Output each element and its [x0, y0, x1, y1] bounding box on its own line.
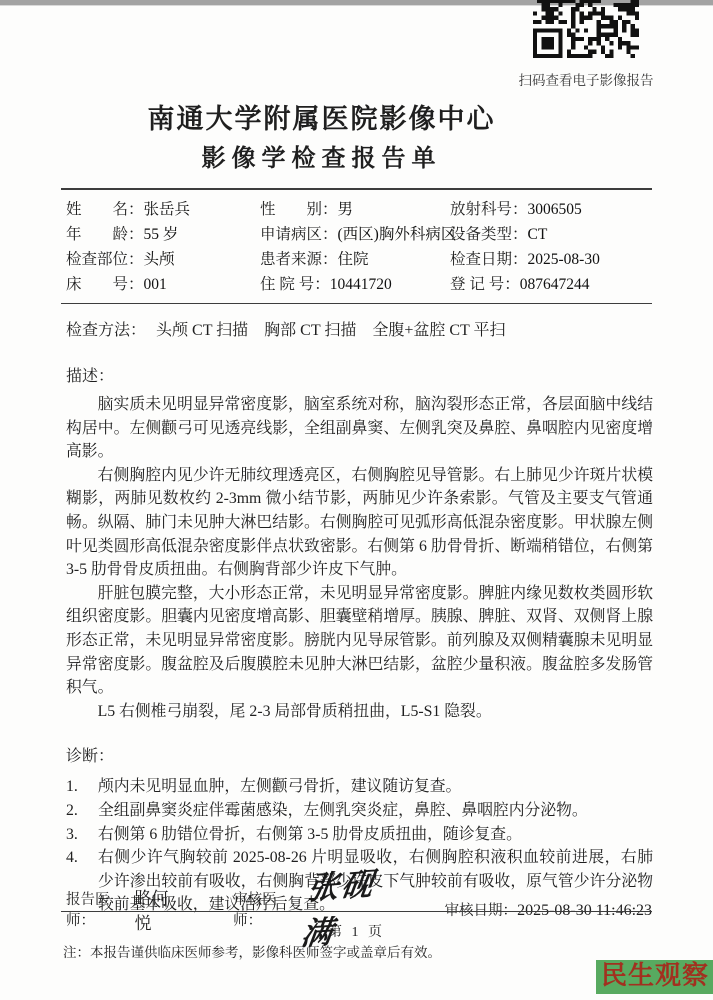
bed-no-field: 床 号：001 — [66, 272, 260, 297]
patient-name-field: 姓 名：张岳兵 — [66, 197, 260, 222]
patient-sex-field: 性 别：男 — [260, 197, 450, 222]
footer-divider — [61, 911, 652, 912]
description-paragraph: 肝脏包膜完整，大小形态正常，未见明显异常密度影。脾脏内缘见数枚类圆形软组织密度影… — [66, 582, 653, 700]
hospital-title: 南通大学附属医院影像中心 — [0, 102, 643, 136]
qr-caption: 扫码查看电子影像报告 — [511, 69, 661, 89]
page-number: 第 1 页 — [0, 921, 713, 941]
footnote: 注：本报告谨供临床医师参考，影像科医师签字或盖章后有效。 — [63, 941, 441, 961]
diagnosis-item: 3.右侧第 6 肋错位骨折，右侧第 3-5 肋骨皮质扭曲，随诊复查。 — [66, 823, 653, 847]
patient-info-grid: 姓 名：张岳兵 性 别：男 放射科号：3006505 年 龄：55 岁 申请病区… — [66, 197, 652, 297]
exam-method-value: 头颅 CT 扫描 胸部 CT 扫描 全腹+盆腔 CT 平扫 — [156, 322, 506, 339]
diagnosis-item: 2.全组副鼻窦炎症伴霉菌感染，左侧乳突炎症，鼻腔、鼻咽腔内分泌物。 — [66, 799, 653, 823]
radiology-no-field: 放射科号：3006505 — [450, 197, 652, 222]
description-paragraph: L5 右侧椎弓崩裂，尾 2-3 局部骨质稍扭曲，L5-S1 隐裂。 — [66, 700, 653, 724]
qr-block: 扫码查看电子影像报告 — [511, 0, 661, 89]
review-date-value: 2025-08-30 11:46:23 — [517, 902, 652, 919]
exam-method-label: 检查方法： — [66, 322, 146, 339]
description-paragraph: 右侧胸腔内见少许无肺纹理透亮区，右侧胸腔见导管影。右上肺见少许斑片状模糊影，两肺… — [66, 464, 653, 582]
registration-no-field: 登 记 号：087647244 — [450, 272, 652, 297]
header-divider — [61, 188, 652, 190]
exam-method-row: 检查方法：头颅 CT 扫描 胸部 CT 扫描 全腹+盆腔 CT 平扫 — [66, 319, 652, 343]
admission-no-field: 住 院 号：10441720 — [260, 272, 450, 297]
qr-code-icon — [533, 0, 639, 58]
device-type-field: 设备类型：CT — [450, 222, 652, 247]
request-ward-field: 申请病区：(西区)胸外科病区 — [260, 222, 450, 247]
description-paragraphs: 脑实质未见明显异常密度影，脑室系统对称，脑沟裂形态正常，各层面脑中线结构居中。左… — [66, 393, 653, 723]
patient-source-field: 患者来源：住院 — [260, 247, 450, 272]
description-label: 描述： — [66, 365, 652, 389]
report-title: 影像学检查报告单 — [0, 143, 643, 175]
diagnosis-label: 诊断： — [66, 745, 652, 769]
diagnosis-item: 1.颅内未见明显血肿，左侧颧弓骨折，建议随访复查。 — [66, 775, 653, 799]
review-date-group: 审核日期：2025-08-30 11:46:23 — [445, 899, 652, 920]
report-page: 南通大学附属医院影像中心 影像学检查报告单 扫码查看电子影像报告 姓 名：张岳兵… — [0, 0, 713, 1000]
description-paragraph: 脑实质未见明显异常密度影，脑室系统对称，脑沟裂形态正常，各层面脑中线结构居中。左… — [66, 393, 653, 464]
patient-age-field: 年 龄：55 岁 — [66, 222, 260, 247]
watermark-badge: 民生观察 — [596, 960, 713, 994]
title-block: 南通大学附属医院影像中心 影像学检查报告单 — [0, 102, 713, 175]
report-header: 南通大学附属医院影像中心 影像学检查报告单 扫码查看电子影像报告 — [0, 6, 713, 175]
exam-date-field: 检查日期：2025-08-30 — [450, 247, 652, 272]
exam-part-field: 检查部位：头颅 — [66, 247, 260, 272]
patient-info-divider — [61, 303, 652, 304]
